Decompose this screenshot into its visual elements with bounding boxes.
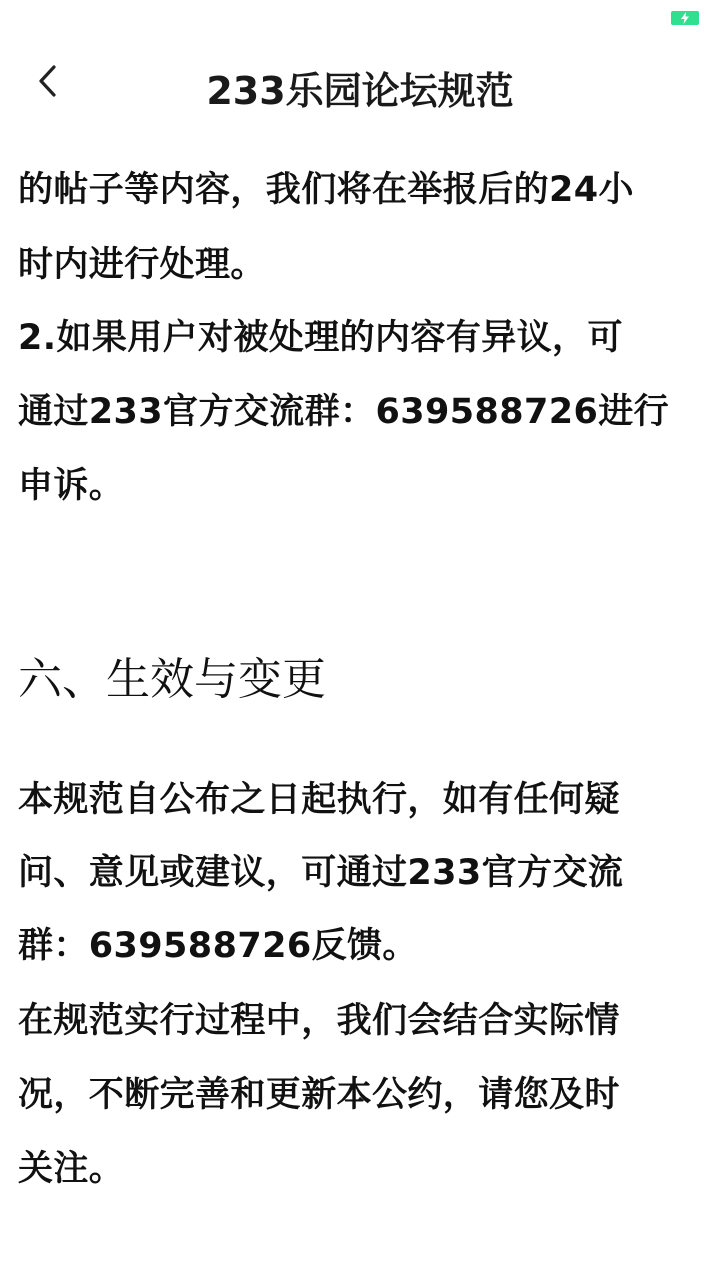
page-title: 233乐园论坛规范 <box>0 60 720 115</box>
paragraph-line: 申诉。 <box>18 458 124 508</box>
paragraph-line: 问、意见或建议，可通过233官方交流 <box>18 845 623 895</box>
status-bar <box>0 0 720 36</box>
paragraph-line: 通过233官方交流群：639588726进行 <box>18 384 669 434</box>
battery-charging-icon <box>671 11 699 25</box>
paragraph-line: 时内进行处理。 <box>18 237 266 287</box>
top-app-bar: 233乐园论坛规范 <box>0 36 720 136</box>
paragraph-line: 关注。 <box>18 1141 124 1191</box>
section-heading: 六、生效与变更 <box>18 643 326 707</box>
paragraph-line: 本规范自公布之日起执行，如有任何疑 <box>18 772 620 822</box>
paragraph-line: 群：639588726反馈。 <box>18 918 418 968</box>
paragraph-line: 的帖子等内容，我们将在举报后的24小 <box>18 162 634 212</box>
paragraph-line: 况，不断完善和更新本公约，请您及时 <box>18 1067 620 1117</box>
paragraph-line: 2.如果用户对被处理的内容有异议，可 <box>18 310 623 360</box>
paragraph-line: 在规范实行过程中，我们会结合实际情 <box>18 993 620 1043</box>
